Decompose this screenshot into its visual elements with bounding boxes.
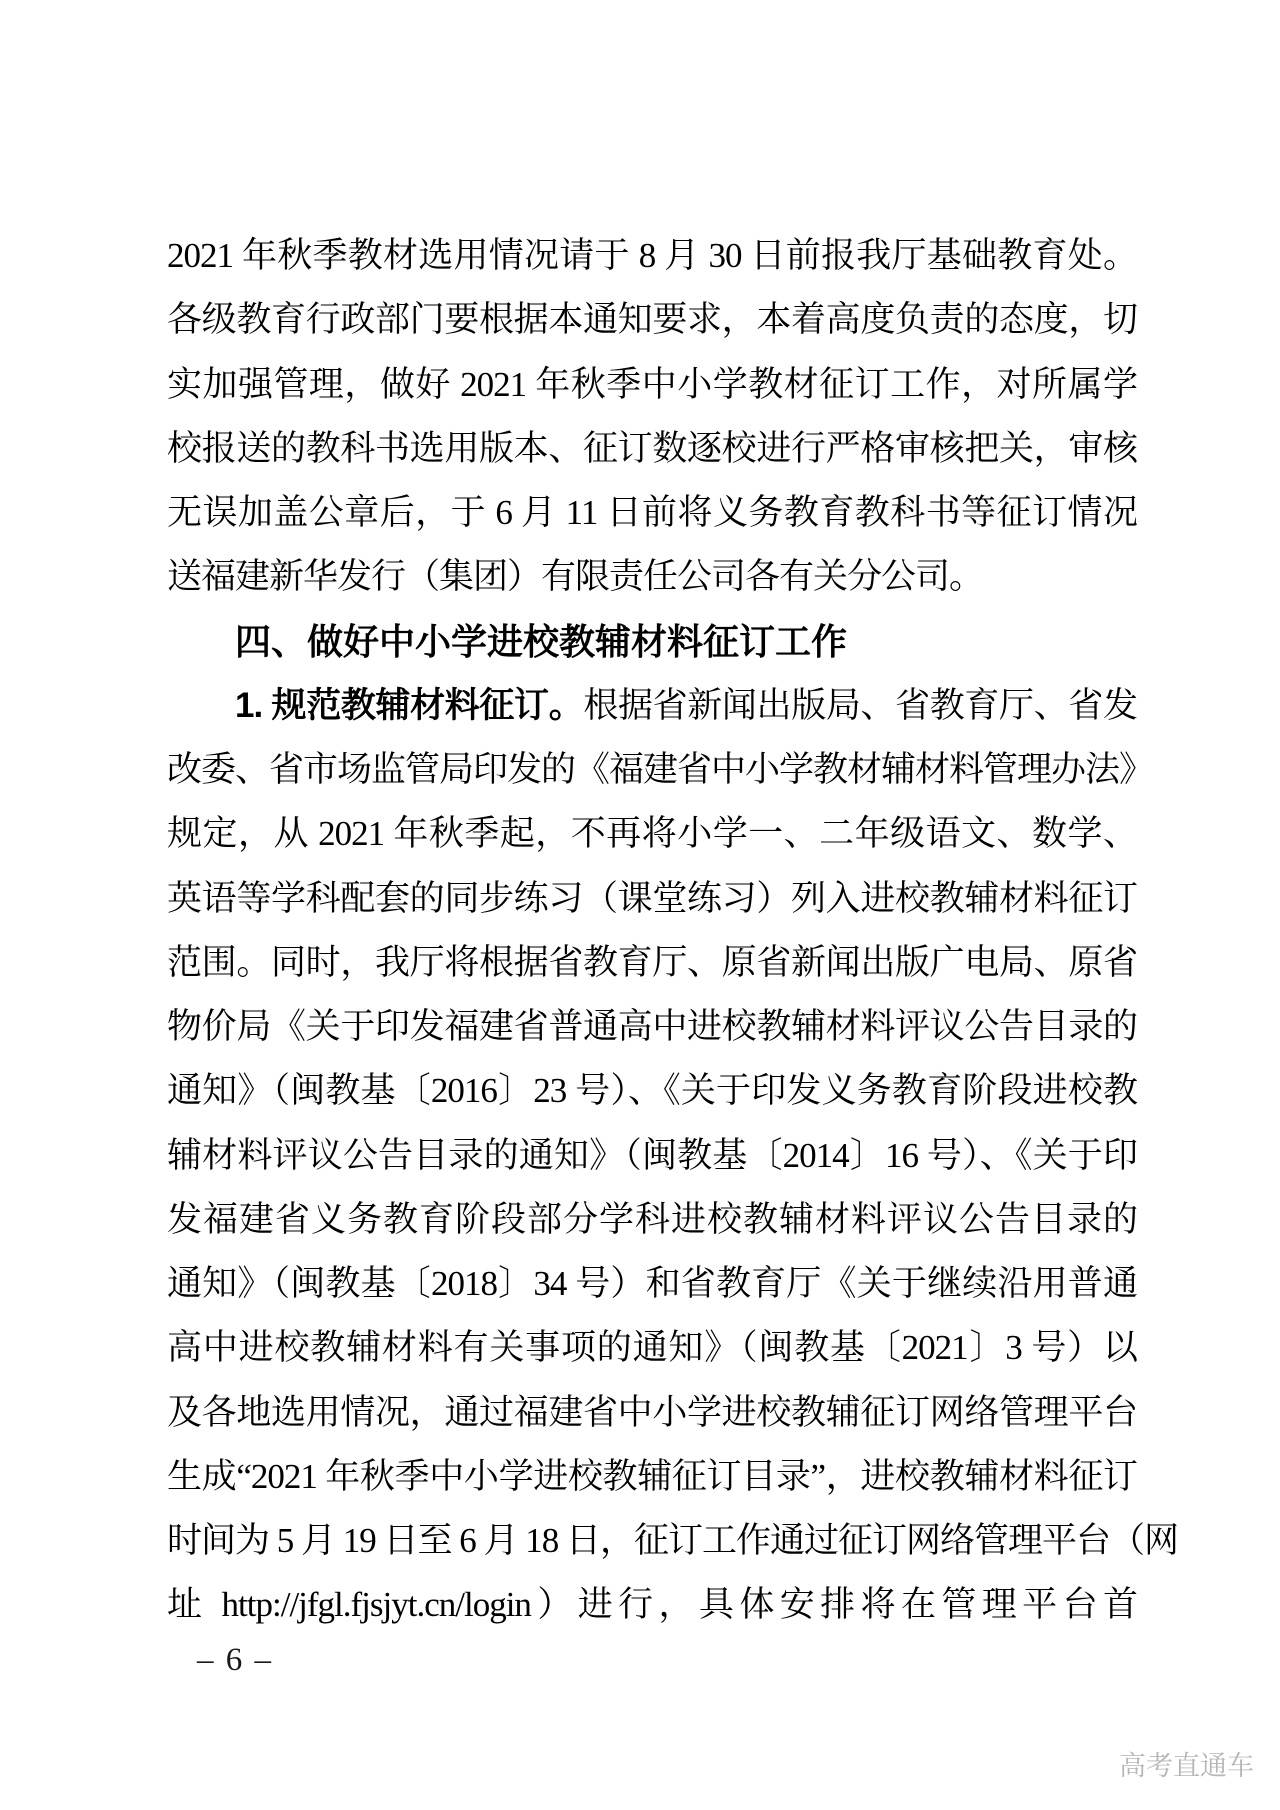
paragraph-line: 送福建新华发行（集团）有限责任公司各有关分公司。: [167, 545, 1137, 609]
paragraph-line: 时间为 5 月 19 日至 6 月 18 日，征订工作通过征订网络管理平台（网: [167, 1509, 1137, 1573]
watermark: 高考直通车: [1119, 1750, 1254, 1782]
paragraph-line: 1. 规范教辅材料征订。根据省新闻出版局、省教育厅、省发: [167, 674, 1137, 738]
paragraph-line: 及各地选用情况，通过福建省中小学进校教辅征订网络管理平台: [167, 1381, 1137, 1445]
paragraph-line: 各级教育行政部门要根据本通知要求，本着高度负责的态度，切: [167, 288, 1137, 352]
paragraph-line: 2021 年秋季教材选用情况请于 8 月 30 日前报我厅基础教育处。: [167, 224, 1137, 288]
paragraph-line: 改委、省市场监管局印发的《福建省中小学教材辅材料管理办法》: [167, 738, 1137, 802]
paragraph-line: 发福建省义务教育阶段部分学科进校教辅材料评议公告目录的: [167, 1188, 1137, 1252]
paragraph-line: 规定，从 2021 年秋季起，不再将小学一、二年级语文、数学、: [167, 802, 1137, 866]
paragraph-line: 物价局《关于印发福建省普通高中进校教辅材料评议公告目录的: [167, 995, 1137, 1059]
paragraph-line: 校报送的教科书选用版本、征订数逐校进行严格审核把关，审核: [167, 417, 1137, 481]
paragraph-line: 无误加盖公章后，于 6 月 11 日前将义务教育教科书等征订情况: [167, 481, 1137, 545]
paragraph-line: 通知》（闽教基〔2016〕23 号）、《关于印发义务教育阶段进校教: [167, 1059, 1137, 1123]
paragraph-line: 址 http://jfgl.fjsjyt.cn/login）进行，具体安排将在管…: [167, 1573, 1137, 1637]
paragraph-line: 生成“2021 年秋季中小学进校教辅征订目录”，进校教辅材料征订: [167, 1445, 1137, 1509]
paragraph-line: 实加强管理，做好 2021 年秋季中小学教材征订工作，对所属学: [167, 353, 1137, 417]
section-heading: 四、做好中小学进校教辅材料征订工作: [167, 610, 1137, 674]
paragraph-line: 英语等学科配套的同步练习（课堂练习）列入进校教辅材料征订: [167, 867, 1137, 931]
paragraph-line: 高中进校教辅材料有关事项的通知》（闽教基〔2021〕3 号）以: [167, 1316, 1137, 1380]
document-body: 2021 年秋季教材选用情况请于 8 月 30 日前报我厅基础教育处。 各级教育…: [167, 224, 1137, 1638]
page-number: – 6 –: [197, 1640, 273, 1680]
paragraph-line: 通知》（闽教基〔2018〕34 号）和省教育厅《关于继续沿用普通: [167, 1252, 1137, 1316]
paragraph-line: 辅材料评议公告目录的通知》（闽教基〔2014〕16 号）、《关于印: [167, 1124, 1137, 1188]
document-page: 2021 年秋季教材选用情况请于 8 月 30 日前报我厅基础教育处。 各级教育…: [0, 0, 1280, 1810]
paragraph-line: 范围。同时，我厅将根据省教育厅、原省新闻出版广电局、原省: [167, 931, 1137, 995]
paragraph-text: 根据省新闻出版局、省教育厅、省发: [583, 686, 1137, 725]
paragraph-lead-bold: 1. 规范教辅材料征订。: [235, 686, 583, 725]
